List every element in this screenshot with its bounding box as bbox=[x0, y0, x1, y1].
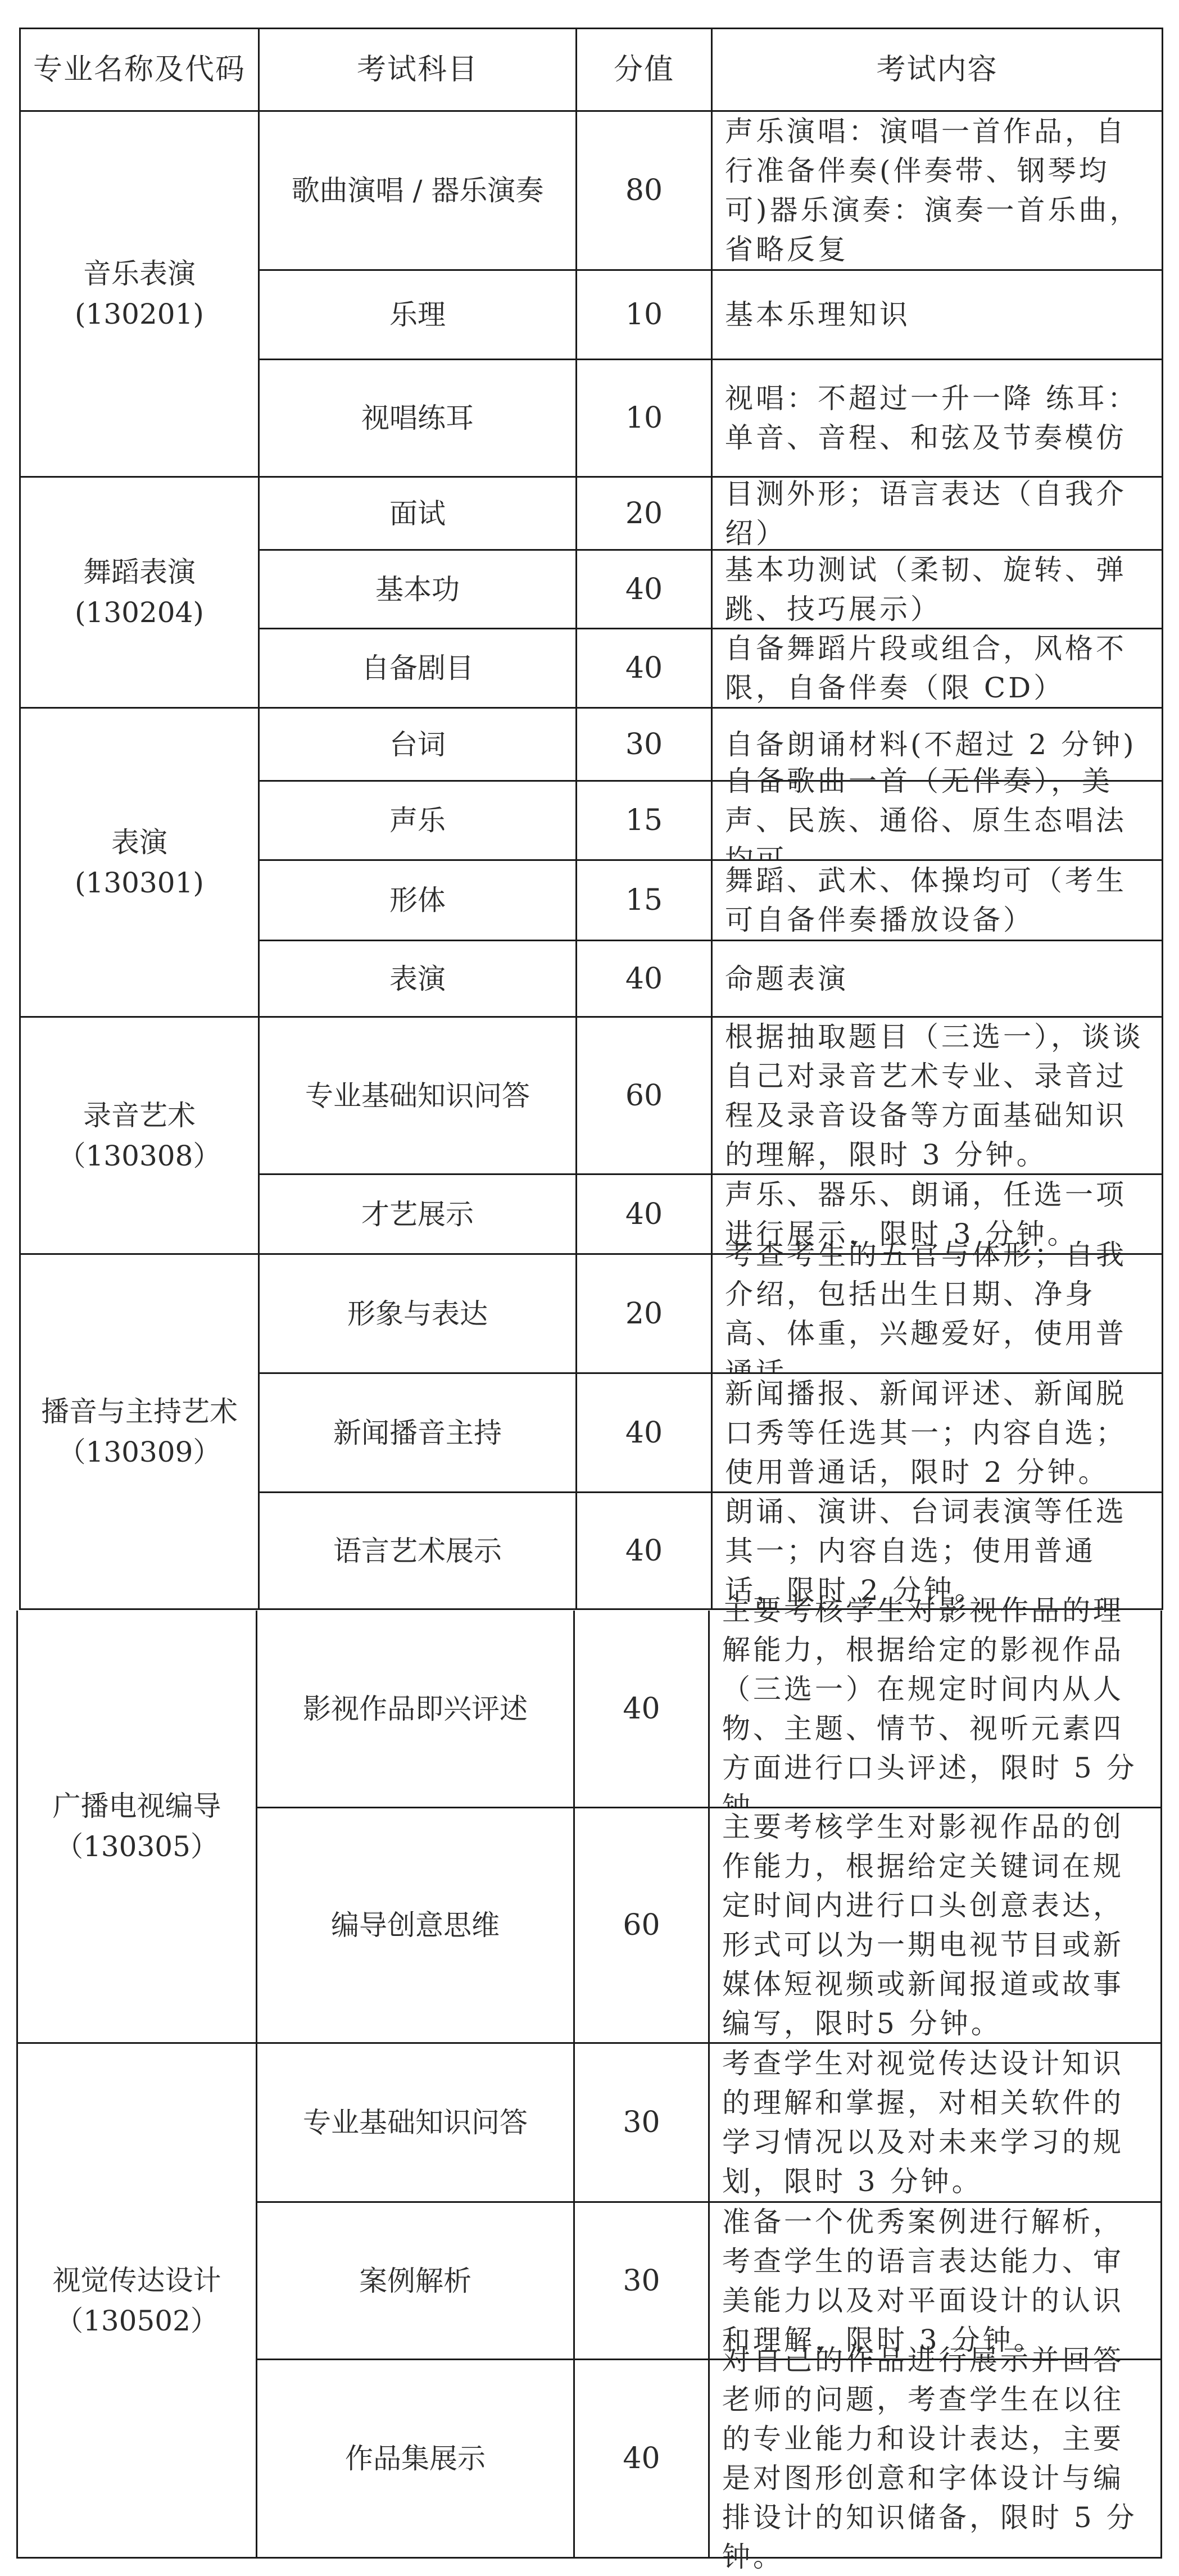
subject-cell: 视唱练耳 bbox=[258, 359, 577, 478]
major-name: 播音与主持艺术 bbox=[41, 1392, 238, 1431]
major-name: 舞蹈表演 bbox=[83, 552, 196, 592]
content-cell: 目测外形；语言表达（自我介绍） bbox=[711, 476, 1163, 551]
content-text: 根据抽取题目（三选一），谈谈自己对录音艺术专业、录音过程及录音设备等方面基础知识… bbox=[725, 1017, 1151, 1174]
content-text: 舞蹈、武术、体操均可（考生可自备伴奏播放设备） bbox=[725, 861, 1151, 940]
content-text: 准备一个优秀案例进行解析，考查学生的语言表达能力、审美能力以及对平面设计的认识和… bbox=[722, 2202, 1150, 2360]
content-cell: 基本功测试（柔韧、旋转、弹跳、技巧展示） bbox=[711, 549, 1163, 629]
content-cell: 视唱：不超过一升一降 练耳：单音、音程、和弦及节奏模仿 bbox=[711, 359, 1163, 478]
score-cell: 15 bbox=[575, 859, 713, 941]
content-cell: 命题表演 bbox=[711, 940, 1163, 1018]
major-cell: 舞蹈表演(130204) bbox=[19, 476, 260, 709]
score-cell: 60 bbox=[573, 1807, 710, 2044]
content-cell: 考查考生的五官与体形；自我介绍，包括出生日期、净身高、体重，兴趣爱好，使用普通话… bbox=[711, 1253, 1163, 1374]
content-text: 对自己的作品进行展示并回答老师的问题，考查学生在以往的专业能力和设计表达，主要是… bbox=[722, 2341, 1150, 2576]
score-cell: 40 bbox=[573, 1611, 710, 1808]
score-cell: 40 bbox=[575, 940, 713, 1018]
header-major: 专业名称及代码 bbox=[19, 28, 260, 112]
subject-cell: 作品集展示 bbox=[256, 2359, 575, 2559]
content-text: 视唱：不超过一升一降 练耳：单音、音程、和弦及节奏模仿 bbox=[725, 379, 1151, 457]
subject-cell: 形象与表达 bbox=[258, 1253, 577, 1374]
subject-cell: 面试 bbox=[258, 476, 577, 551]
score-cell: 10 bbox=[575, 269, 713, 360]
subject-cell: 歌曲演唱 / 器乐演奏 bbox=[258, 110, 577, 271]
content-cell: 舞蹈、武术、体操均可（考生可自备伴奏播放设备） bbox=[711, 859, 1163, 941]
content-text: 主要考核学生对影视作品的理解能力，根据给定的影视作品（三选一）在规定时间内从人物… bbox=[722, 1591, 1150, 1827]
subject-cell: 声乐 bbox=[258, 780, 577, 861]
content-cell: 声乐演唱：演唱一首作品，自行准备伴奏(伴奏带、钢琴均可)器乐演奏：演奏一首乐曲，… bbox=[711, 110, 1163, 271]
major-code: （130309） bbox=[58, 1432, 221, 1472]
score-cell: 20 bbox=[575, 476, 713, 551]
major-code: （130308） bbox=[58, 1136, 221, 1176]
subject-cell: 形体 bbox=[258, 859, 577, 941]
major-cell: 视觉传达设计（130502） bbox=[16, 2042, 257, 2559]
score-cell: 40 bbox=[575, 628, 713, 709]
score-cell: 40 bbox=[575, 1372, 713, 1493]
score-cell: 30 bbox=[573, 2201, 710, 2360]
score-cell: 40 bbox=[573, 2359, 710, 2559]
major-name: 录音艺术 bbox=[83, 1096, 196, 1135]
subject-cell: 影视作品即兴评述 bbox=[256, 1611, 575, 1808]
content-cell: 考查学生对视觉传达设计知识的理解和掌握，对相关软件的学习情况以及对未来学习的规划… bbox=[708, 2042, 1162, 2203]
subject-cell: 自备剧目 bbox=[258, 628, 577, 709]
major-cell: 播音与主持艺术（130309） bbox=[19, 1253, 260, 1610]
content-text: 新闻播报、新闻评述、新闻脱口秀等任选其一；内容自选；使用普通话，限时 2 分钟。 bbox=[725, 1374, 1151, 1492]
content-cell: 新闻播报、新闻评述、新闻脱口秀等任选其一；内容自选；使用普通话，限时 2 分钟。 bbox=[711, 1372, 1163, 1493]
score-cell: 10 bbox=[575, 359, 713, 478]
content-text: 声乐演唱：演唱一首作品，自行准备伴奏(伴奏带、钢琴均可)器乐演奏：演奏一首乐曲，… bbox=[725, 112, 1151, 269]
content-text: 基本乐理知识 bbox=[725, 295, 1151, 334]
major-code: (130204) bbox=[75, 593, 204, 632]
subject-cell: 新闻播音主持 bbox=[258, 1372, 577, 1493]
score-cell: 40 bbox=[575, 1173, 713, 1255]
header-subject: 考试科目 bbox=[258, 28, 577, 112]
score-cell: 40 bbox=[575, 549, 713, 629]
score-cell: 30 bbox=[575, 707, 713, 782]
content-text: 主要考核学生对影视作品的创作能力，根据给定关键词在规定时间内进行口头创意表达，形… bbox=[722, 1807, 1150, 2043]
content-text: 目测外形；语言表达（自我介绍） bbox=[725, 474, 1151, 553]
score-cell: 80 bbox=[575, 110, 713, 271]
major-cell: 表演(130301) bbox=[19, 707, 260, 1018]
header-content: 考试内容 bbox=[711, 28, 1163, 112]
content-text: 自备朗诵材料(不超过 2 分钟) bbox=[725, 725, 1151, 764]
subject-cell: 语言艺术展示 bbox=[258, 1491, 577, 1610]
content-text: 考查学生对视觉传达设计知识的理解和掌握，对相关软件的学习情况以及对未来学习的规划… bbox=[722, 2044, 1150, 2201]
content-text: 考查考生的五官与体形；自我介绍，包括出生日期、净身高、体重，兴趣爱好，使用普通话… bbox=[725, 1235, 1151, 1393]
content-cell: 自备歌曲一首（无伴奏），美声、民族、通俗、原生态唱法均可 bbox=[711, 780, 1163, 861]
content-text: 命题表演 bbox=[725, 959, 1151, 999]
major-code: (130201) bbox=[75, 294, 204, 334]
score-cell: 60 bbox=[575, 1016, 713, 1175]
major-name: 音乐表演 bbox=[83, 254, 196, 293]
score-cell: 40 bbox=[575, 1491, 713, 1610]
header-score: 分值 bbox=[575, 28, 713, 112]
subject-cell: 乐理 bbox=[258, 269, 577, 360]
content-cell: 主要考核学生对影视作品的理解能力，根据给定的影视作品（三选一）在规定时间内从人物… bbox=[708, 1611, 1162, 1808]
subject-cell: 才艺展示 bbox=[258, 1173, 577, 1255]
subject-cell: 表演 bbox=[258, 940, 577, 1018]
major-name: 表演 bbox=[111, 823, 167, 862]
subject-cell: 台词 bbox=[258, 707, 577, 782]
subject-cell: 编导创意思维 bbox=[256, 1807, 575, 2044]
content-cell: 自备舞蹈片段或组合，风格不限，自备伴奏（限 CD） bbox=[711, 628, 1163, 709]
content-cell: 基本乐理知识 bbox=[711, 269, 1163, 360]
content-text: 自备舞蹈片段或组合，风格不限，自备伴奏（限 CD） bbox=[725, 629, 1151, 708]
subject-cell: 专业基础知识问答 bbox=[258, 1016, 577, 1175]
major-code: （130305） bbox=[55, 1827, 219, 1866]
content-cell: 准备一个优秀案例进行解析，考查学生的语言表达能力、审美能力以及对平面设计的认识和… bbox=[708, 2201, 1162, 2360]
major-name: 广播电视编导 bbox=[53, 1786, 221, 1826]
score-cell: 30 bbox=[573, 2042, 710, 2203]
major-cell: 音乐表演(130201) bbox=[19, 110, 260, 478]
subject-cell: 专业基础知识问答 bbox=[256, 2042, 575, 2203]
content-cell: 根据抽取题目（三选一），谈谈自己对录音艺术专业、录音过程及录音设备等方面基础知识… bbox=[711, 1016, 1163, 1175]
content-text: 基本功测试（柔韧、旋转、弹跳、技巧展示） bbox=[725, 550, 1151, 629]
content-cell: 对自己的作品进行展示并回答老师的问题，考查学生在以往的专业能力和设计表达，主要是… bbox=[708, 2359, 1162, 2559]
major-cell: 录音艺术（130308） bbox=[19, 1016, 260, 1255]
major-cell: 广播电视编导（130305） bbox=[16, 1611, 257, 2044]
major-code: (130301) bbox=[75, 863, 204, 902]
major-name: 视觉传达设计 bbox=[53, 2261, 221, 2300]
score-cell: 15 bbox=[575, 780, 713, 861]
subject-cell: 基本功 bbox=[258, 549, 577, 629]
score-cell: 20 bbox=[575, 1253, 713, 1374]
content-cell: 主要考核学生对影视作品的创作能力，根据给定关键词在规定时间内进行口头创意表达，形… bbox=[708, 1807, 1162, 2044]
subject-cell: 案例解析 bbox=[256, 2201, 575, 2360]
major-code: （130502） bbox=[55, 2301, 219, 2341]
